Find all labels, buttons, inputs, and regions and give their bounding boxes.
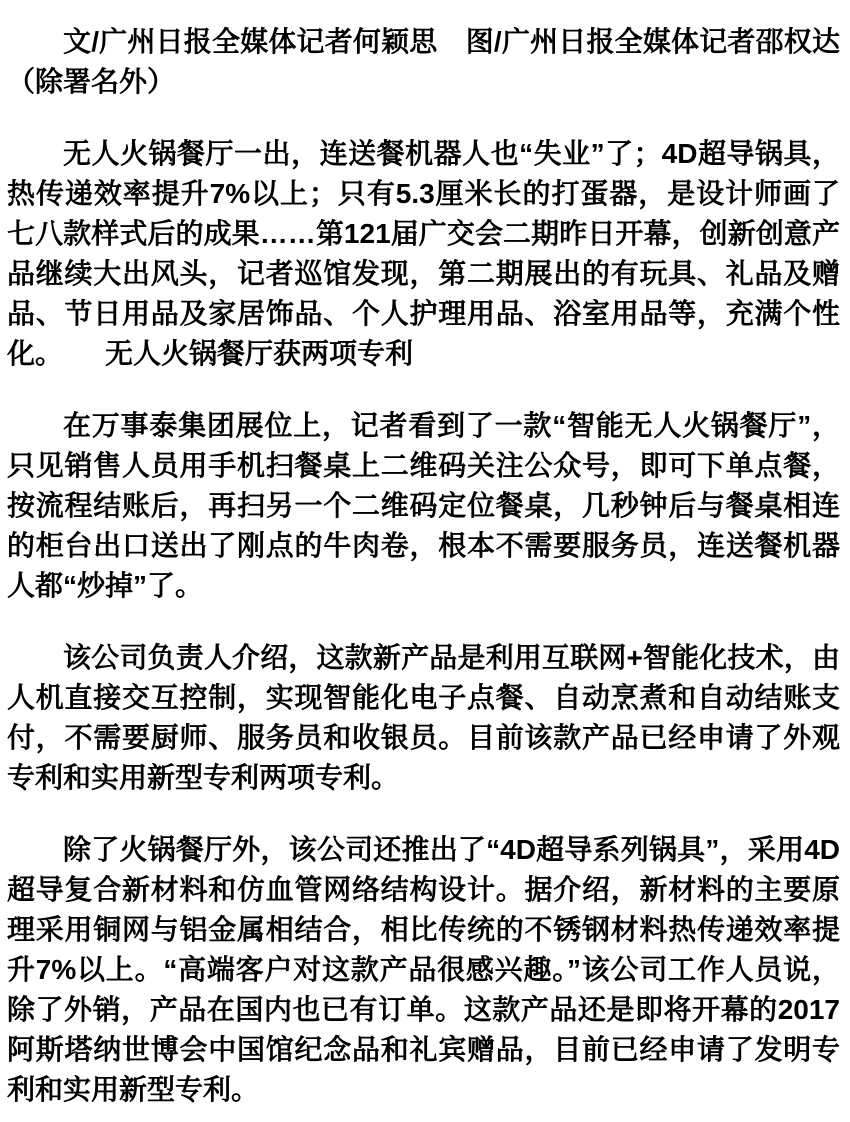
article-paragraph: 该公司负责人介绍，这款新产品是利用互联网+智能化技术，由人机直接交互控制，实现智… (7, 638, 840, 798)
article-page: 文/广州日报全媒体记者何颖思 图/广州日报全媒体记者邵权达（除署名外） 无人火锅… (0, 0, 850, 1122)
article-paragraph: 除了火锅餐厅外，该公司还推出了“4D超导系列锅具”，采用4D超导复合新材料和仿血… (7, 830, 840, 1110)
article-byline: 文/广州日报全媒体记者何颖思 图/广州日报全媒体记者邵权达（除署名外） (7, 22, 840, 102)
article-paragraph-lead: 无人火锅餐厅一出，连送餐机器人也“失业”了；4D超导锅具，热传递效率提升7%以上… (7, 134, 840, 374)
article-paragraph: 在万事泰集团展位上，记者看到了一款“智能无人火锅餐厅”，只见销售人员用手机扫餐桌… (7, 406, 840, 606)
